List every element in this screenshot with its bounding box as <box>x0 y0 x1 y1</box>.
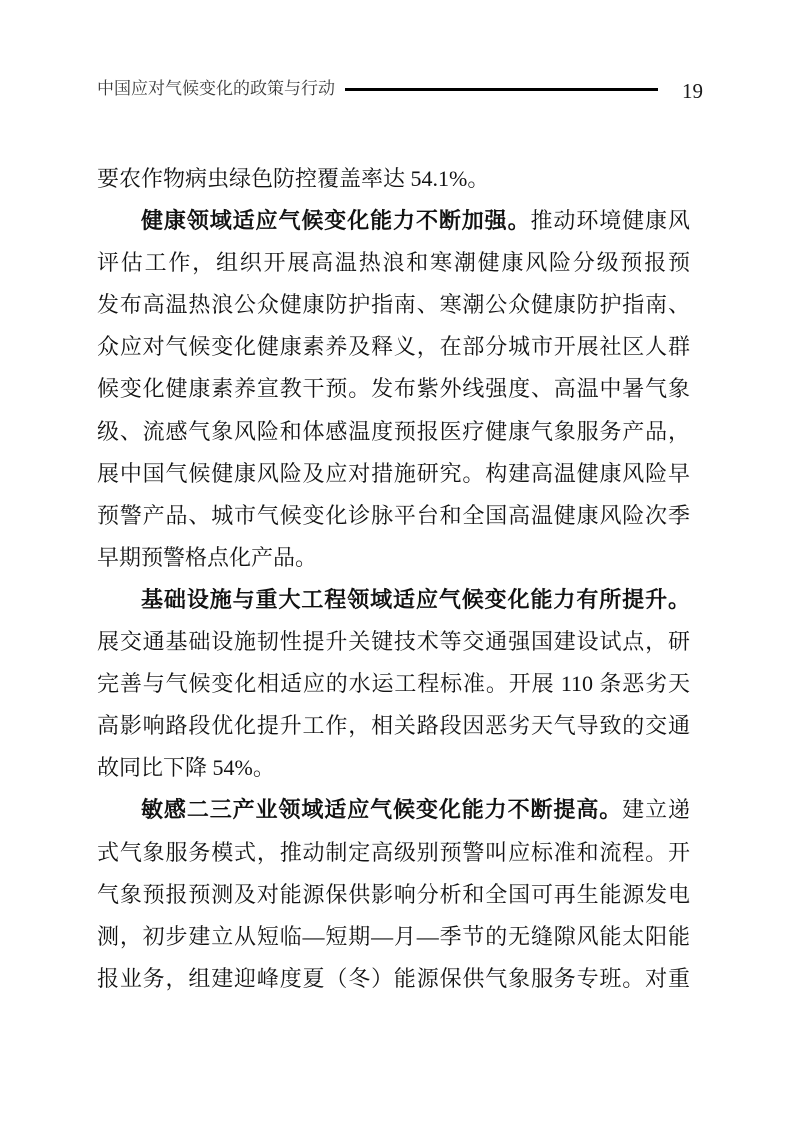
text-line-regular: 故同比下降 54%。 <box>97 755 275 780</box>
text-line: 预警产品、城市气候变化诊脉平台和全国高温健康风险次季节 <box>97 495 690 537</box>
page-number: 19 <box>682 80 703 102</box>
text-line-regular: 报业务，组建迎峰度夏（冬）能源保供气象服务专班。对重点 <box>97 966 690 1000</box>
text-line: 候变化健康素养宣教干预。发布紫外线强度、高温中暑气象等 <box>97 368 690 410</box>
text-line-bold: 基础设施与重大工程领域适应气候变化能力有所提升。 <box>141 587 690 612</box>
text-line-regular: 高影响路段优化提升工作，相关路段因恶劣天气导致的交通事 <box>97 713 690 747</box>
text-line-regular: 众应对气候变化健康素养及释义，在部分城市开展社区人群气 <box>97 334 690 368</box>
document-page: 中国应对气候变化的政策与行动 19 要农作物病虫绿色防控覆盖率达 54.1%。 … <box>0 0 787 1121</box>
body-text: 要农作物病虫绿色防控覆盖率达 54.1%。 健康领域适应气候变化能力不断加强。推… <box>97 158 690 1000</box>
text-line-regular: 展交通基础设施韧性提升关键技术等交通强国建设试点，研究 <box>97 629 690 663</box>
text-line: 级、流感气象风险和体感温度预报医疗健康气象服务产品，开 <box>97 411 690 453</box>
text-line-regular: 展中国气候健康风险及应对措施研究。构建高温健康风险早期 <box>97 461 690 495</box>
text-line: 基础设施与重大工程领域适应气候变化能力有所提升。开 <box>97 579 690 621</box>
text-line-bold: 敏感二三产业领域适应气候变化能力不断提高。 <box>141 797 622 822</box>
text-line-regular: 完善与气候变化相适应的水运工程标准。开展 110 条恶劣天气 <box>97 671 690 705</box>
text-line: 众应对气候变化健康素养及释义，在部分城市开展社区人群气 <box>97 326 690 368</box>
text-line: 早期预警格点化产品。 <box>97 537 690 579</box>
text-line-regular: 级、流感气象风险和体感温度预报医疗健康气象服务产品，开 <box>97 419 690 453</box>
text-line-regular: 预警产品、城市气候变化诊脉平台和全国高温健康风险次季节 <box>97 503 690 537</box>
running-header-title: 中国应对气候变化的政策与行动 <box>97 79 335 98</box>
text-line-regular: 测，初步建立从短临—短期—月—季节的无缝隙风能太阳能预 <box>97 924 690 958</box>
text-line: 测，初步建立从短临—短期—月—季节的无缝隙风能太阳能预 <box>97 916 690 958</box>
text-line-regular: 要农作物病虫绿色防控覆盖率达 54.1%。 <box>97 166 489 191</box>
text-line: 评估工作，组织开展高温热浪和寒潮健康风险分级预报预警， <box>97 242 690 284</box>
text-line-regular: 早期预警格点化产品。 <box>97 545 317 570</box>
text-line-regular: 发布高温热浪公众健康防护指南、寒潮公众健康防护指南、公 <box>97 292 690 326</box>
header-rule <box>345 88 658 91</box>
text-line: 健康领域适应气候变化能力不断加强。推动环境健康风险 <box>97 200 690 242</box>
text-line-regular: 气象预报预测及对能源保供影响分析和全国可再生能源发电预 <box>97 882 690 916</box>
text-line-regular: 候变化健康素养宣教干预。发布紫外线强度、高温中暑气象等 <box>97 376 690 410</box>
text-line: 要农作物病虫绿色防控覆盖率达 54.1%。 <box>97 158 690 200</box>
text-line: 高影响路段优化提升工作，相关路段因恶劣天气导致的交通事 <box>97 705 690 747</box>
text-line: 发布高温热浪公众健康防护指南、寒潮公众健康防护指南、公 <box>97 284 690 326</box>
text-line: 故同比下降 54%。 <box>97 747 690 789</box>
text-line: 完善与气候变化相适应的水运工程标准。开展 110 条恶劣天气 <box>97 663 690 705</box>
text-line-regular: 评估工作，组织开展高温热浪和寒潮健康风险分级预报预警， <box>97 250 690 284</box>
text-line: 展交通基础设施韧性提升关键技术等交通强国建设试点，研究 <box>97 621 690 663</box>
text-line: 报业务，组建迎峰度夏（冬）能源保供气象服务专班。对重点 <box>97 958 690 1000</box>
text-line-regular: 式气象服务模式，推动制定高级别预警叫应标准和流程。开展 <box>97 840 690 874</box>
text-line: 展中国气候健康风险及应对措施研究。构建高温健康风险早期 <box>97 453 690 495</box>
text-line: 敏感二三产业领域适应气候变化能力不断提高。建立递进 <box>97 789 690 831</box>
text-line-bold: 健康领域适应气候变化能力不断加强。 <box>141 208 531 233</box>
text-line: 式气象服务模式，推动制定高级别预警叫应标准和流程。开展 <box>97 832 690 874</box>
text-line: 气象预报预测及对能源保供影响分析和全国可再生能源发电预 <box>97 874 690 916</box>
